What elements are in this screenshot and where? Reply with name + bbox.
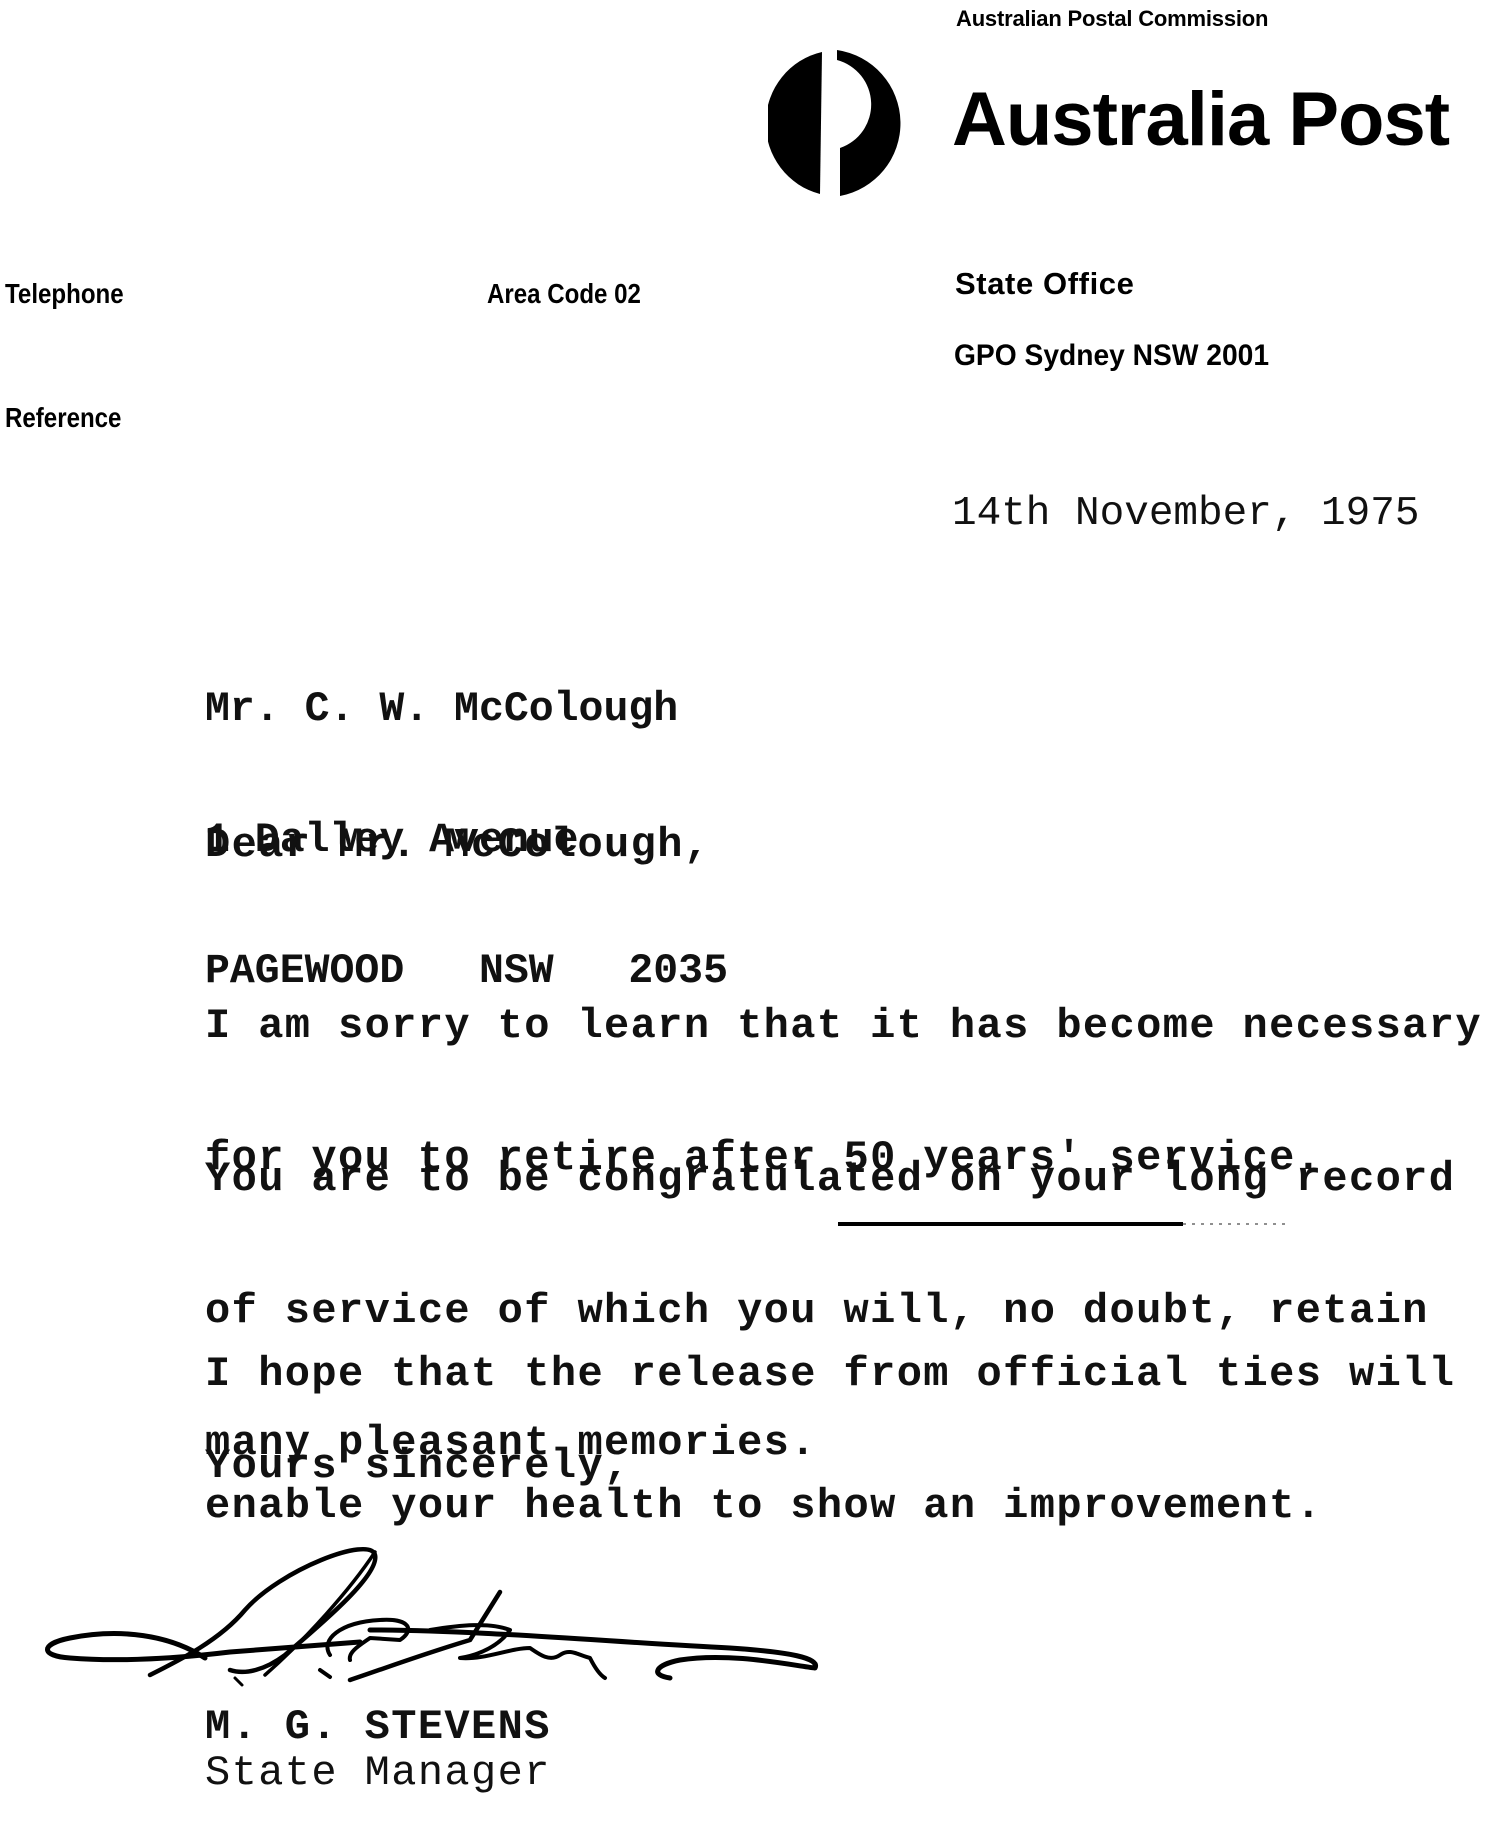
organization-name: Australian Postal Commission [956,8,1268,30]
signer-title: State Manager [205,1752,551,1794]
paragraph-line: You are to be congratulated on your long… [205,1158,1455,1206]
paragraph-line: enable your health to show an improvemen… [205,1485,1455,1533]
australia-post-logo-icon [768,48,916,198]
letter-date: 14th November, 1975 [952,494,1419,535]
paragraph-line: I am sorry to learn that it has become n… [205,1005,1482,1053]
recipient-name: Mr. C. W. McColough [205,689,728,737]
handwritten-signature-icon [30,1530,830,1710]
brand-name: Australia Post [952,82,1449,158]
underline-speckle [1183,1223,1288,1225]
reference-label: Reference [5,404,121,432]
area-code: Area Code 02 [487,280,641,308]
salutation: Dear Mr. McColough, [205,824,710,866]
handwritten-underline [838,1222,1183,1226]
telephone-label: Telephone [5,280,124,308]
closing: Yours sincerely, [205,1445,631,1487]
paragraph-line: I hope that the release from official ti… [205,1353,1455,1401]
office-name: State Office [955,268,1134,299]
signer-name: M. G. STEVENS [205,1706,551,1748]
office-address: GPO Sydney NSW 2001 [954,341,1269,371]
